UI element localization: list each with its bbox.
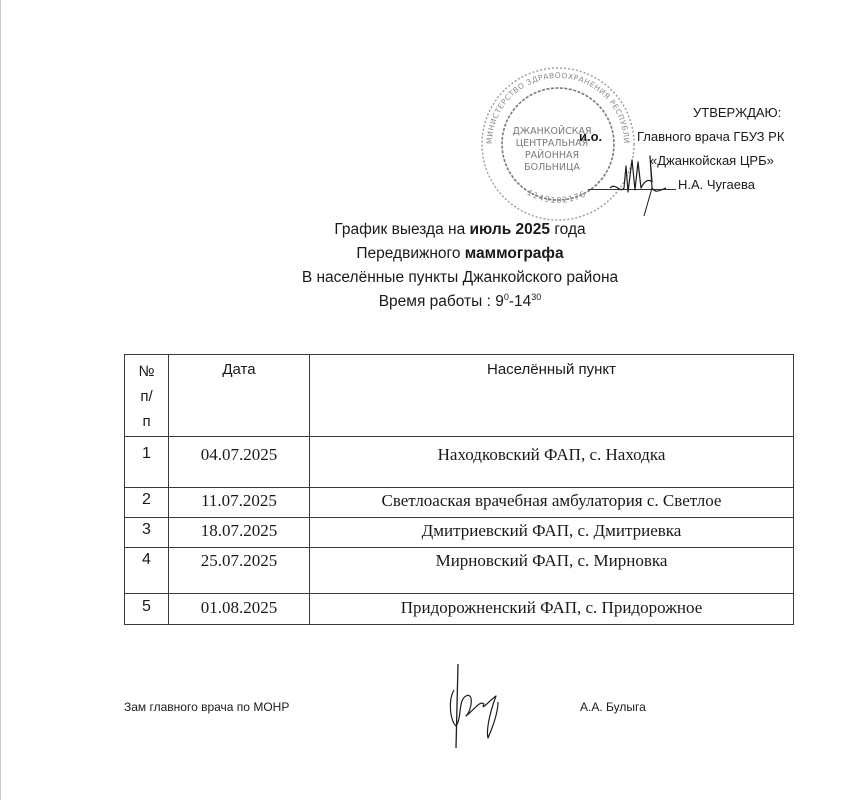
- row-date: 25.07.2025: [169, 548, 310, 594]
- header-date: Дата: [169, 355, 310, 437]
- row-number: 2: [125, 488, 169, 518]
- title-line-2: Передвижного маммографа: [230, 242, 690, 266]
- row-date: 01.08.2025: [169, 594, 310, 625]
- footer-signatory-role: Зам главного врача по МОНР: [124, 700, 289, 714]
- table-row: 2 11.07.2025 Светлоаская врачебная амбул…: [125, 488, 794, 518]
- title-line-1: График выезда на июль 2025 года: [230, 218, 690, 242]
- stamp-line-4: БОЛЬНИЦА: [524, 162, 580, 173]
- row-place: Мирновский ФАП, с. Мирновка: [310, 548, 794, 594]
- table-row: 4 25.07.2025 Мирновский ФАП, с. Мирновка: [125, 548, 794, 594]
- table-row: 5 01.08.2025 Придорожненский ФАП, с. При…: [125, 594, 794, 625]
- row-place: Светлоаская врачебная амбулатория с. Све…: [310, 488, 794, 518]
- row-number: 3: [125, 518, 169, 548]
- title-line-4-working-hours: Время работы : 90-1430: [230, 290, 690, 314]
- row-number: 1: [125, 437, 169, 488]
- title-line-3: В населённые пункты Джанкойского района: [230, 266, 690, 290]
- row-place: Находковский ФАП, с. Находка: [310, 437, 794, 488]
- document-title: График выезда на июль 2025 года Передвиж…: [230, 218, 690, 314]
- footer-signatory-name: А.А. Булыга: [580, 700, 646, 714]
- stamp-code: 1149102176: [526, 188, 588, 205]
- stamp-line-3: РАЙОННАЯ: [525, 149, 579, 161]
- table-row: 3 18.07.2025 Дмитриевский ФАП, с. Дмитри…: [125, 518, 794, 548]
- row-date: 04.07.2025: [169, 437, 310, 488]
- approval-name: Н.А. Чугаева: [678, 175, 755, 195]
- row-date: 11.07.2025: [169, 488, 310, 518]
- row-place: Придорожненский ФАП, с. Придорожное: [310, 594, 794, 625]
- table-row: 1 04.07.2025 Находковский ФАП, с. Находк…: [125, 437, 794, 488]
- footer-signature: [440, 660, 510, 750]
- header-place: Населённый пункт: [310, 355, 794, 437]
- approval-position-line2: «Джанкойская ЦРБ»: [650, 151, 774, 171]
- header-number: № п/ п: [125, 355, 169, 437]
- svg-text:1149102176: 1149102176: [526, 188, 588, 205]
- approval-heading: УТВЕРЖДАЮ:: [693, 103, 781, 123]
- approval-position-line1: Главного врача ГБУЗ РК: [637, 127, 784, 147]
- row-place: Дмитриевский ФАП, с. Дмитриевка: [310, 518, 794, 548]
- row-number: 4: [125, 548, 169, 594]
- approval-signature: [608, 148, 668, 218]
- table-header-row: № п/ п Дата Населённый пункт: [125, 355, 794, 437]
- approval-io-prefix: и.о.: [579, 127, 602, 147]
- stamp-line-2: ЦЕНТРАЛЬНАЯ: [516, 138, 588, 149]
- schedule-table: № п/ п Дата Населённый пункт 1 04.07.202…: [124, 354, 794, 625]
- page-edge-line: [0, 0, 1, 800]
- row-number: 5: [125, 594, 169, 625]
- row-date: 18.07.2025: [169, 518, 310, 548]
